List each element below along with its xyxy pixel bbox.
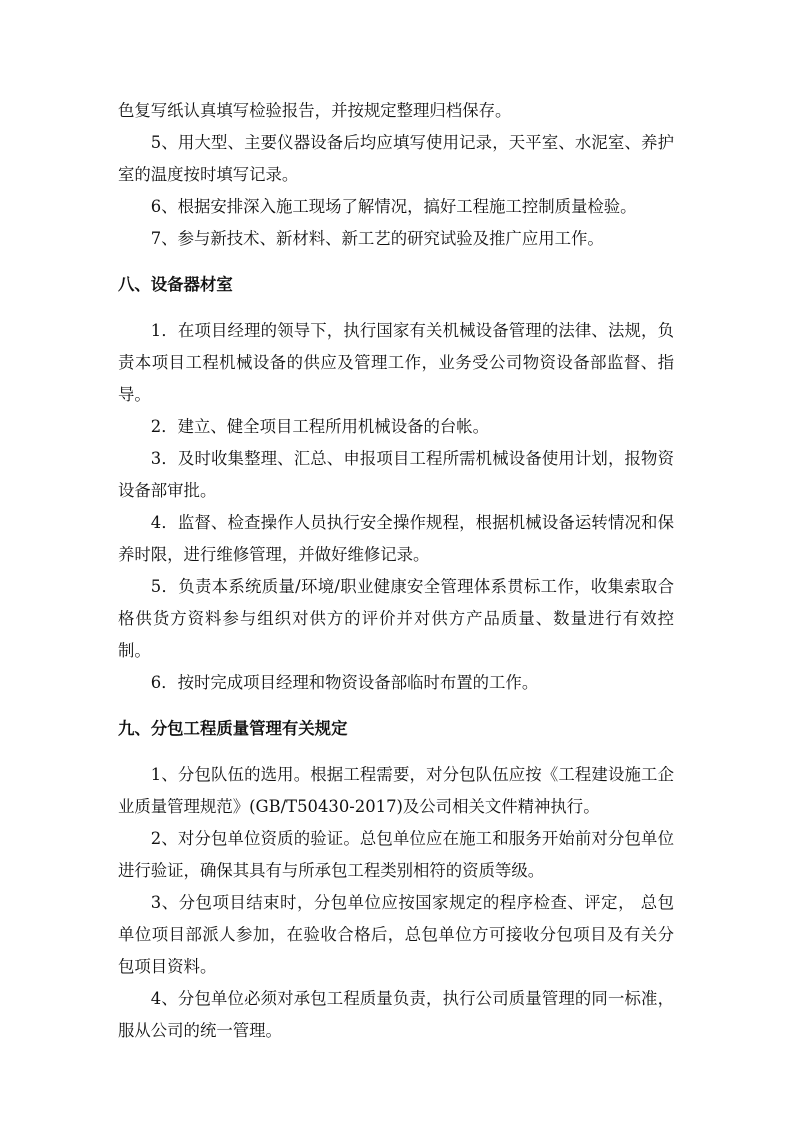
- continuation-paragraph: 色复写纸认真填写检验报告，并按规定整理归档保存。: [118, 95, 674, 127]
- subcontract-item-4: 4、分包单位必须对承包工程质量负责，执行公司质量管理的同一标准，服从公司的统一管…: [118, 983, 674, 1047]
- equipment-item-3: 3．及时收集整理、汇总、申报项目工程所需机械设备使用计划，报物资设备部审批。: [118, 443, 674, 507]
- section-heading-subcontract-quality: 九、分包工程质量管理有关规定: [118, 713, 674, 745]
- subcontract-item-2: 2、对分包单位资质的验证。总包单位应在施工和服务开始前对分包单位进行验证，确保其…: [118, 823, 674, 887]
- subcontract-item-3: 3、分包项目结束时，分包单位应按国家规定的程序检查、评定， 总包单位项目部派人参…: [118, 887, 674, 983]
- equipment-item-6: 6．按时完成项目经理和物资设备部临时布置的工作。: [118, 667, 674, 699]
- document-page: 色复写纸认真填写检验报告，并按规定整理归档保存。 5、用大型、主要仪器设备后均应…: [118, 95, 674, 1047]
- lab-item-5: 5、用大型、主要仪器设备后均应填写使用记录，天平室、水泥室、养护室的温度按时填写…: [118, 127, 674, 191]
- lab-item-7: 7、参与新技术、新材料、新工艺的研究试验及推广应用工作。: [118, 223, 674, 255]
- section-heading-equipment-room: 八、设备器材室: [118, 269, 674, 301]
- equipment-item-4: 4．监督、检查操作人员执行安全操作规程，根据机械设备运转情况和保养时限，进行维修…: [118, 507, 674, 571]
- equipment-item-5: 5．负责本系统质量/环境/职业健康安全管理体系贯标工作，收集索取合格供货方资料参…: [118, 571, 674, 667]
- subcontract-item-1: 1、分包队伍的选用。根据工程需要，对分包队伍应按《工程建设施工企业质量管理规范》…: [118, 759, 674, 823]
- equipment-item-2: 2．建立、健全项目工程所用机械设备的台帐。: [118, 411, 674, 443]
- equipment-item-1: 1．在项目经理的领导下，执行国家有关机械设备管理的法律、法规，负责本项目工程机械…: [118, 315, 674, 411]
- lab-item-6: 6、根据安排深入施工现场了解情况，搞好工程施工控制质量检验。: [118, 191, 674, 223]
